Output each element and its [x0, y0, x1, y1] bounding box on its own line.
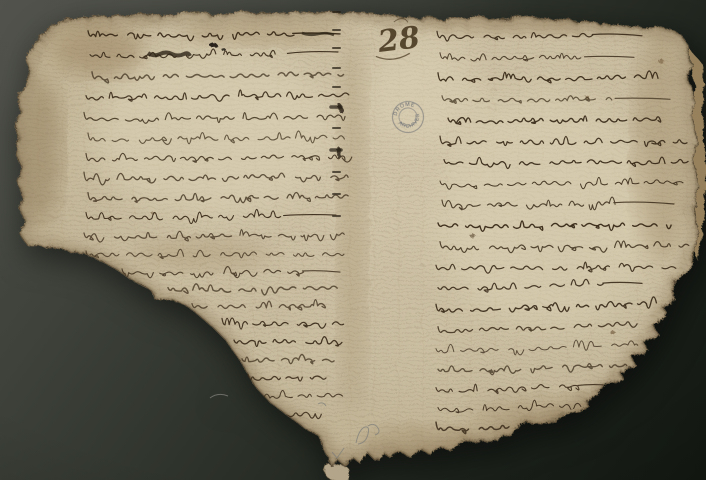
page-number: 28 [375, 20, 422, 60]
paper-scrap [322, 461, 349, 480]
manuscript-scan: 28 DROME ARCHIVES [0, 0, 706, 480]
manuscript-image: 28 DROME ARCHIVES [0, 0, 706, 480]
